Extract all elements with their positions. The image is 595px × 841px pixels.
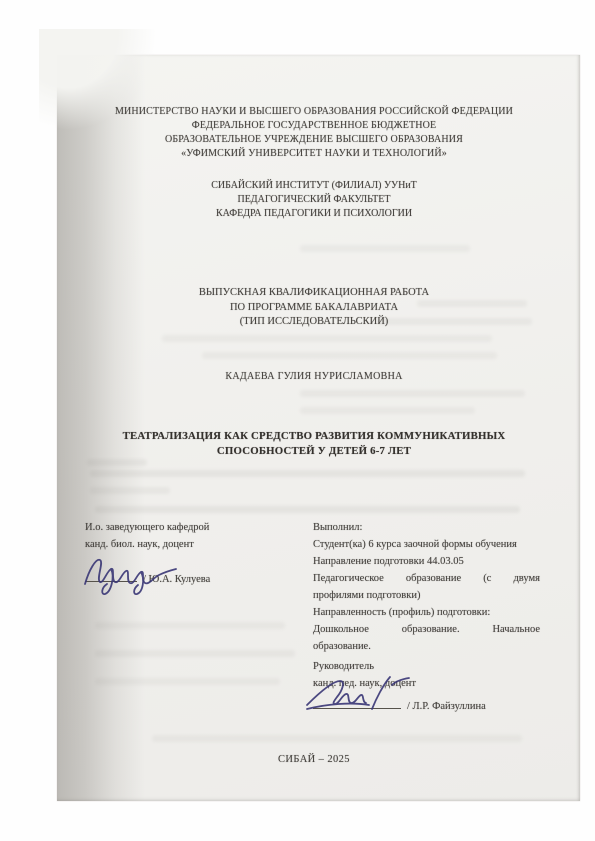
department-name: КАФЕДРА ПЕДАГОГИКИ И ПСИХОЛОГИИ [85,207,543,221]
supervisor-signature-row: / Л.Р. Файзуллина [313,696,540,714]
institute-name: СИБАЙСКИЙ ИНСТИТУТ (ФИЛИАЛ) УУНиТ [85,179,543,193]
profile-name-line: образование. [313,638,540,655]
author-name: КАДАЕВА ГУЛИЯ НУРИСЛАМОВНА [85,371,543,382]
approver-signature-name: / Ю.А. Кулуева [143,574,210,585]
document-page: МИНИСТЕРСТВО НАУКИ И ВЫСШЕГО ОБРАЗОВАНИЯ… [57,55,580,801]
approver-position: И.о. заведующего кафедрой [85,519,300,536]
thesis-title-line: ТЕАТРАЛИЗАЦИЯ КАК СРЕДСТВО РАЗВИТИЯ КОММ… [85,429,543,444]
work-type-line: (ТИП ИССЛЕДОВАТЕЛЬСКИЙ) [85,315,543,330]
institute-block: СИБАЙСКИЙ ИНСТИТУТ (ФИЛИАЛ) УУНиТ ПЕДАГО… [85,179,543,221]
ministry-line: ОБРАЗОВАТЕЛЬНОЕ УЧРЕЖДЕНИЕ ВЫСШЕГО ОБРАЗ… [85,133,543,147]
supervisor-label: Руководитель [313,658,540,675]
work-type-line: ВЫПУСКНАЯ КВАЛИФИКАЦИОННАЯ РАБОТА [85,286,543,301]
performed-label: Выполнил: [313,519,540,536]
program-name-line: профилями подготовки) [313,587,540,604]
thesis-title: ТЕАТРАЛИЗАЦИЯ КАК СРЕДСТВО РАЗВИТИЯ КОММ… [85,429,543,458]
scan-background: МИНИСТЕРСТВО НАУКИ И ВЫСШЕГО ОБРАЗОВАНИЯ… [0,0,595,841]
profile-name-line: Дошкольноеобразование.Начальное [313,621,540,638]
faculty-name: ПЕДАГОГИЧЕСКИЙ ФАКУЛЬТЕТ [85,193,543,207]
ministry-line: МИНИСТЕРСТВО НАУКИ И ВЫСШЕГО ОБРАЗОВАНИЯ… [85,105,543,119]
approver-degree: канд. биол. наук, доцент [85,536,300,553]
city-year: СИБАЙ – 2025 [85,754,543,765]
supervisor-signature-name: / Л.Р. Файзуллина [407,701,486,712]
ministry-line: ФЕДЕРАЛЬНОЕ ГОСУДАРСТВЕННОЕ БЮДЖЕТНОЕ [85,119,543,133]
supervisor-degree: канд. пед. наук, доцент [313,675,540,692]
approver-signature-row: / Ю.А. Кулуева [85,569,300,587]
thesis-title-line: СПОСОБНОСТЕЙ У ДЕТЕЙ 6-7 ЛЕТ [85,444,543,459]
program-code-line: Направление подготовки 44.03.05 [313,553,540,570]
work-type-block: ВЫПУСКНАЯ КВАЛИФИКАЦИОННАЯ РАБОТА ПО ПРО… [85,286,543,330]
signature-line [85,569,137,582]
approval-block: И.о. заведующего кафедрой канд. биол. на… [85,519,300,587]
student-block: Выполнил: Студент(ка) 6 курса заочной фо… [313,519,540,714]
work-type-line: ПО ПРОГРАММЕ БАКАЛАВРИАТА [85,301,543,316]
program-name-line: Педагогическоеобразование(сдвумя [313,570,540,587]
student-course-line: Студент(ка) 6 курса заочной формы обучен… [313,536,540,553]
university-name: «УФИМСКИЙ УНИВЕРСИТЕТ НАУКИ И ТЕХНОЛОГИЙ… [85,147,543,161]
profile-label-line: Направленность (профиль) подготовки: [313,604,540,621]
ministry-header: МИНИСТЕРСТВО НАУКИ И ВЫСШЕГО ОБРАЗОВАНИЯ… [85,105,543,161]
signature-line [313,696,401,709]
